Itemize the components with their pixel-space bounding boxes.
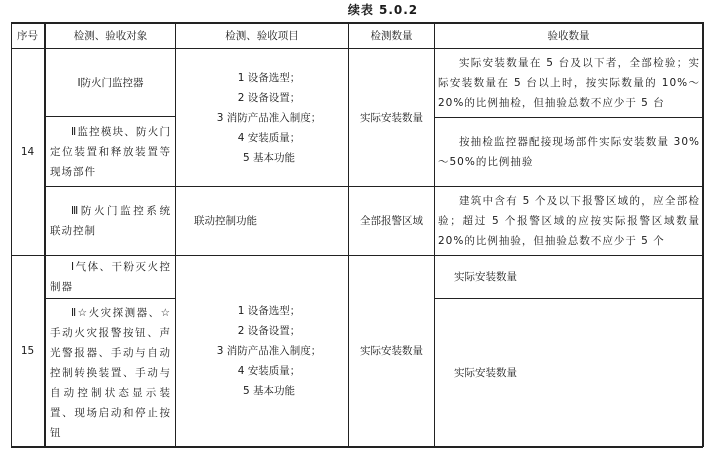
object-text: Ⅰ气体、干粉灭火控制器 (50, 257, 171, 297)
item-4: 4 安装质量； (238, 128, 301, 148)
items-15: 1 设备选型； 2 设备设置； 3 消防产品准入制度； 4 安装质量； 5 基本… (194, 256, 344, 446)
item-14-3: 联动控制功能 (194, 187, 344, 255)
item-3: 3 消防产品准入制度； (217, 341, 322, 361)
object-14-3: Ⅲ防火门监控系统联动控制 (50, 187, 171, 255)
table-caption: 续表 5.0.2 (0, 1, 726, 18)
item-2: 2 设备设置； (238, 321, 301, 341)
object-text: Ⅱ☆火灾探测器、☆手动火灾报警按钮、声光警报器、手动与自动控制转换装置、手动与自… (50, 303, 171, 443)
col-divider-4 (434, 22, 435, 447)
item-4: 4 安装质量； (238, 361, 301, 381)
col-divider-1 (44, 22, 46, 447)
object-text: Ⅲ防火门监控系统联动控制 (50, 201, 171, 241)
seq-14: 14 (11, 49, 44, 255)
acceptance-text: 实际安装数量在 5 台及以下者，全部检验；实际安装数量在 5 台以上时，按实际数… (438, 53, 700, 113)
quantity-15: 实际安装数量 (349, 256, 434, 446)
item-2: 2 设备设置； (238, 88, 301, 108)
acceptance-15-1: 实际安装数量 (454, 256, 694, 298)
object-15-2: Ⅱ☆火灾探测器、☆手动火灾报警按钮、声光警报器、手动与自动控制转换装置、手动与自… (50, 299, 171, 446)
header-seq: 序号 (11, 23, 44, 48)
items-14: 1 设备选型； 2 设备设置； 3 消防产品准入制度； 4 安装质量； 5 基本… (194, 49, 344, 186)
col-divider-2 (175, 22, 176, 447)
item-5: 5 基本功能 (243, 381, 295, 401)
item-3: 3 消防产品准入制度； (217, 108, 322, 128)
acceptance-text: 建筑中含有 5 个及以下报警区域的，应全部检验；超过 5 个报警区域的应按实际报… (438, 191, 700, 251)
object-15-1: Ⅰ气体、干粉灭火控制器 (50, 256, 171, 298)
object-14-1: Ⅰ防火门监控器 (50, 49, 171, 116)
object-text: Ⅰ防火门监控器 (77, 73, 143, 93)
acceptance-14-3: 建筑中含有 5 个及以下报警区域的，应全部检验；超过 5 个报警区域的应按实际报… (438, 187, 700, 255)
quantity-14-3: 全部报警区域 (349, 187, 434, 255)
table-bottom-border (11, 446, 703, 448)
header-quantity: 检测数量 (349, 23, 434, 48)
header-acceptance: 验收数量 (435, 23, 702, 48)
acceptance-14-2: 按抽检监控器配接现场部件实际安装数量 30%～50%的比例抽验 (438, 118, 700, 186)
acceptance-15-2: 实际安装数量 (454, 299, 694, 446)
acceptance-14-1: 实际安装数量在 5 台及以下者，全部检验；实际安装数量在 5 台以上时，按实际数… (438, 49, 700, 117)
header-object: 检测、验收对象 (46, 23, 175, 48)
object-text: Ⅱ监控模块、防火门定位装置和释放装置等现场部件 (50, 122, 171, 182)
table-right-border (702, 22, 704, 447)
object-14-2: Ⅱ监控模块、防火门定位装置和释放装置等现场部件 (50, 117, 171, 186)
header-item: 检测、验收项目 (176, 23, 348, 48)
quantity-14: 实际安装数量 (349, 49, 434, 186)
item-1: 1 设备选型； (238, 68, 301, 88)
item-5: 5 基本功能 (243, 148, 295, 168)
seq-15: 15 (11, 256, 44, 446)
acceptance-text: 按抽检监控器配接现场部件实际安装数量 30%～50%的比例抽验 (438, 132, 700, 172)
item-1: 1 设备选型； (238, 301, 301, 321)
